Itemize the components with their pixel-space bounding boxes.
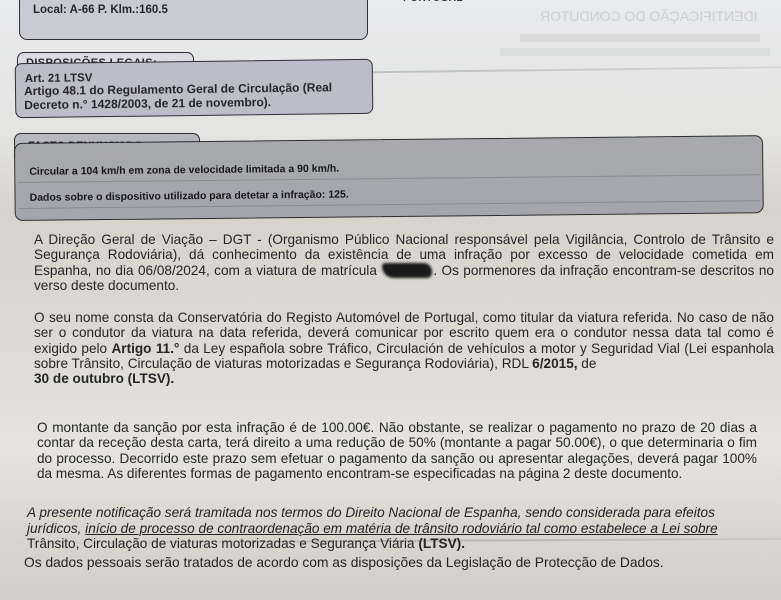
legal-notice-text: Trânsito, Circulação de viaturas motoriz… xyxy=(27,536,418,551)
data-protection-text: Os dados pessoais serão tratados de acor… xyxy=(24,555,664,570)
legal-decree-line: Decreto n.° 1428/2003, de 21 de novembro… xyxy=(24,95,271,112)
owner-text: de xyxy=(578,356,597,371)
location-text: Local: A-66 P. Klm.:160.5 xyxy=(33,4,168,16)
decree-date: 30 de outubro (LTSV). xyxy=(34,371,174,386)
decree-number: 6/2015, xyxy=(532,356,577,371)
reverse-side-bleed-line xyxy=(500,48,770,56)
device-data-text: Dados sobre o dispositivo utilizado para… xyxy=(30,188,349,203)
speed-infraction-text: Circular a 104 km/h em zona de velocidad… xyxy=(29,163,339,178)
legal-notice-bold: (LTSV). xyxy=(418,536,465,551)
legal-provisions-box: Art. 21 LTSV Artigo 48.1 do Regulamento … xyxy=(15,59,374,118)
notification-paragraph: A Direção Geral de Viação – DGT - (Organ… xyxy=(34,232,774,293)
redacted-license-plate xyxy=(382,263,432,278)
owner-paragraph: O seu nome consta da Conservatória do Re… xyxy=(34,310,774,386)
location-box: Local: A-66 P. Klm.:160.5 xyxy=(19,0,368,40)
legal-notice-underlined: início de processo de contraordenação em… xyxy=(85,521,717,536)
country-label: PORTUGAL xyxy=(403,0,463,4)
article-reference: Artigo 11.° xyxy=(111,341,179,356)
legal-notice-paragraph: A presente notificação será tramitada no… xyxy=(27,505,772,552)
fine-text: O montante da sanção por esta infração é… xyxy=(37,420,757,481)
reverse-side-bleed-title: IDENTIFICAÇÃO DO CONDUTOR xyxy=(540,8,758,24)
reported-fact-box: Circular a 104 km/h em zona de velocidad… xyxy=(14,135,764,221)
fine-paragraph: O montante da sanção por esta infração é… xyxy=(37,420,757,481)
reverse-side-bleed-line xyxy=(520,34,760,42)
